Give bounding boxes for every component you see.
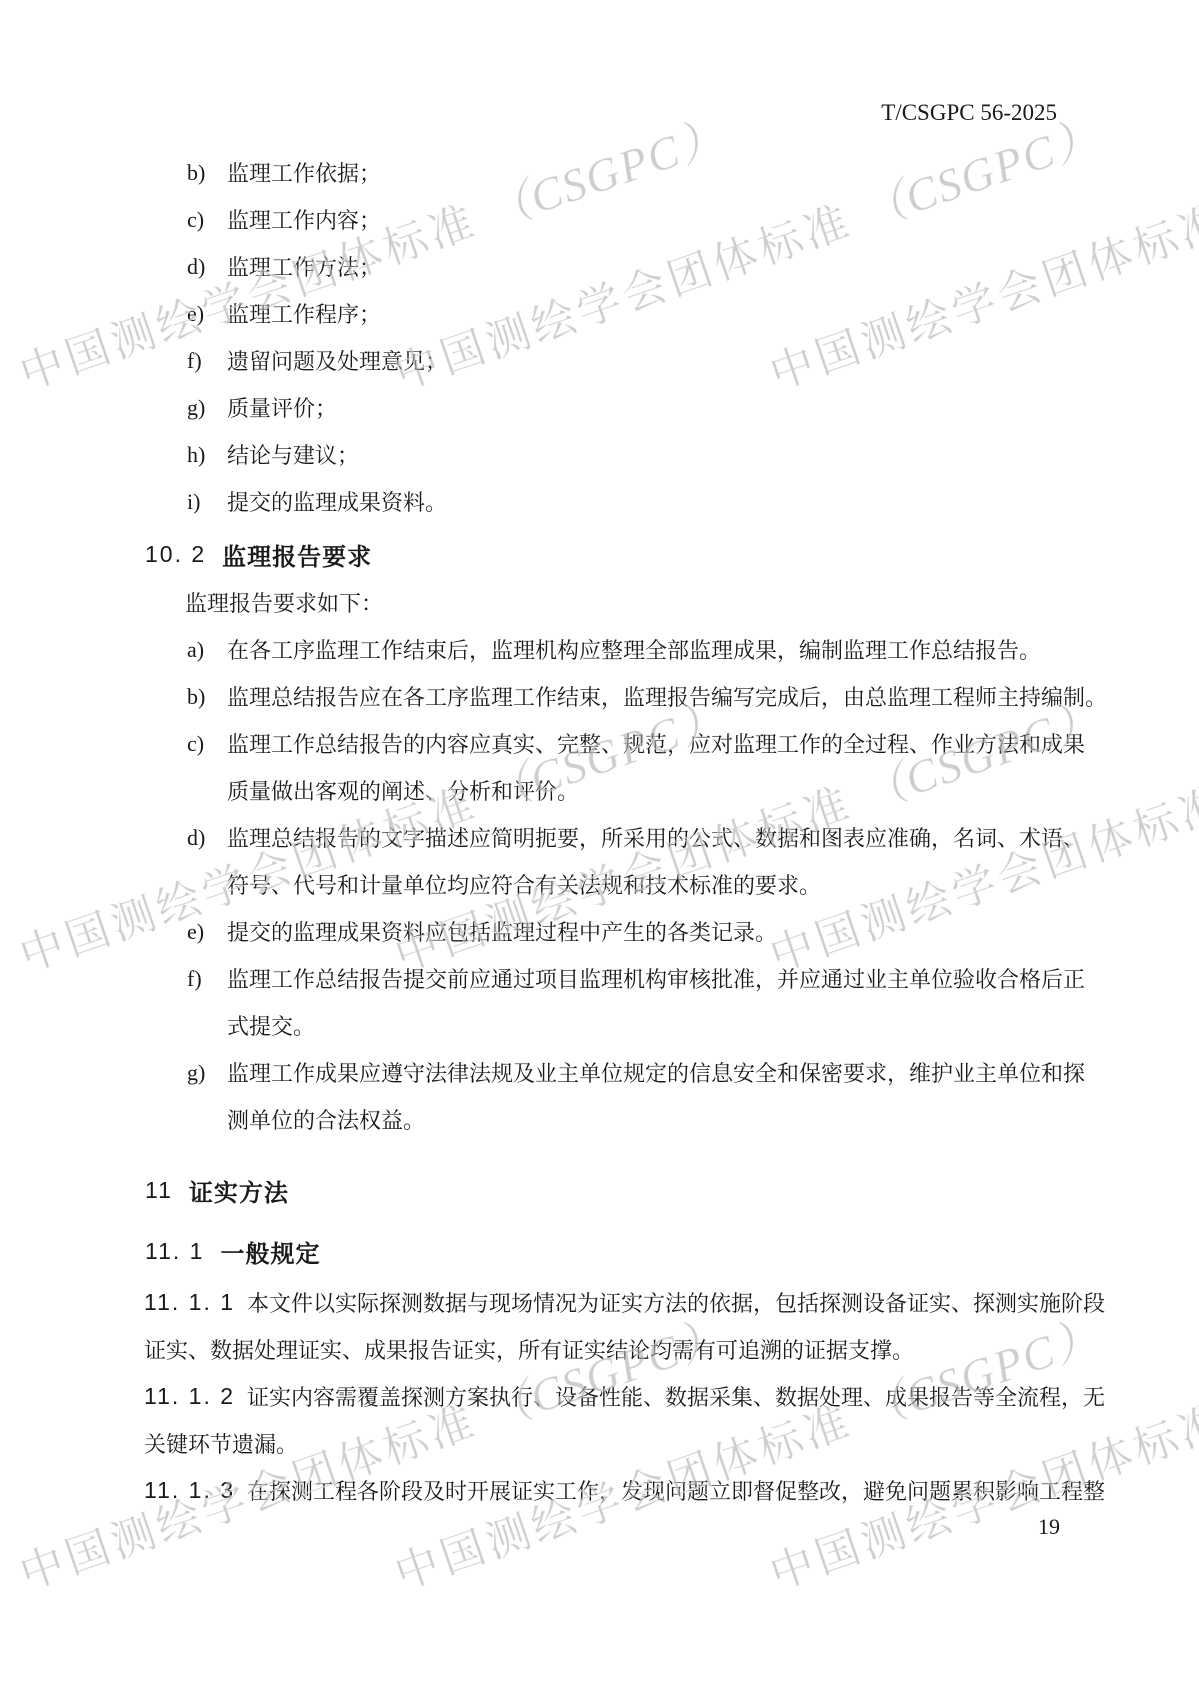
list-item: a)在各工序监理工作结束后，监理机构应整理全部监理成果，编制监理工作总结报告。 <box>144 626 1174 673</box>
paragraph-continuation: 证实、数据处理证实、成果报告证实，所有证实结论均需有可追溯的证据支撑。 <box>144 1326 1174 1373</box>
section-number: 11 <box>145 1177 173 1204</box>
list-item-continuation: 测单位的合法权益。 <box>144 1096 1174 1143</box>
list-item-text: 监理工作依据； <box>227 157 381 188</box>
section-heading-11: 11 证实方法 <box>145 1167 289 1214</box>
paragraphs-block: 11. 1. 1本文件以实际探测数据与现场情况为证实方法的依据，包括探测设备证实… <box>144 1279 1174 1514</box>
paragraph-text: 本文件以实际探测数据与现场情况为证实方法的依据，包括探测设备证实、探测实施阶段 <box>247 1287 1105 1318</box>
list-item: f)遗留问题及处理意见； <box>144 337 1174 384</box>
intro-text: 监理报告要求如下： <box>144 587 383 618</box>
list-item: d)监理工作方法； <box>144 243 1174 290</box>
section-number: 10. 2 <box>145 541 206 568</box>
list-item-continuation: 式提交。 <box>144 1002 1174 1049</box>
list-item: e)监理工作程序； <box>144 290 1174 337</box>
section-title: 证实方法 <box>189 1173 289 1208</box>
page-number: 19 <box>1038 1514 1060 1540</box>
header-doc-code: T/CSGPC 56-2025 <box>881 100 1057 126</box>
list-item-continuation: 质量做出客观的阐述、分析和评价。 <box>144 767 1174 814</box>
list-item-continuation: 符号、代号和计量单位均应符合有关法规和技术标准的要求。 <box>144 861 1174 908</box>
paragraph-number: 11. 1. 1 <box>144 1289 235 1316</box>
list-item: b)监理工作依据； <box>144 149 1174 196</box>
list-requirements: a)在各工序监理工作结束后，监理机构应整理全部监理成果，编制监理工作总结报告。 … <box>144 626 1174 1143</box>
document-page: 中国测绘学会团体标准（CSGPC） 中国测绘学会团体标准（CSGPC） 中国测绘… <box>0 0 1199 1696</box>
section-number: 11. 1 <box>145 1238 204 1265</box>
list-item: e)提交的监理成果资料应包括监理过程中产生的各类记录。 <box>144 908 1174 955</box>
list-item-label: a) <box>187 637 227 663</box>
paragraph: 11. 1. 2证实内容需覆盖探测方案执行、设备性能、数据采集、数据处理、成果报… <box>144 1373 1174 1420</box>
list-item: c)监理工作总结报告的内容应真实、完整、规范，应对监理工作的全过程、作业方法和成… <box>144 720 1174 767</box>
list-item: b)监理总结报告应在各工序监理工作结束，监理报告编写完成后，由总监理工程师主持编… <box>144 673 1174 720</box>
list-item: c)监理工作内容； <box>144 196 1174 243</box>
section-heading-10-2: 10. 2 监理报告要求 <box>145 531 372 578</box>
list-item-label: b) <box>187 160 227 186</box>
list-top: b)监理工作依据； c)监理工作内容； d)监理工作方法； e)监理工作程序； … <box>144 149 1174 525</box>
list-item-text: 在各工序监理工作结束后，监理机构应整理全部监理成果，编制监理工作总结报告。 <box>227 634 1041 665</box>
list-item: i)提交的监理成果资料。 <box>144 478 1174 525</box>
list-item: g)质量评价； <box>144 384 1174 431</box>
intro-block: 监理报告要求如下： <box>144 579 1174 626</box>
section-title: 监理报告要求 <box>222 537 372 572</box>
section-title: 一般规定 <box>220 1234 320 1269</box>
list-item: g)监理工作成果应遵守法律法规及业主单位规定的信息安全和保密要求，维护业主单位和… <box>144 1049 1174 1096</box>
paragraph: 11. 1. 1本文件以实际探测数据与现场情况为证实方法的依据，包括探测设备证实… <box>144 1279 1174 1326</box>
list-item: d)监理总结报告的文字描述应简明扼要，所采用的公式、数据和图表应准确，名词、术语… <box>144 814 1174 861</box>
list-item: h)结论与建议； <box>144 431 1174 478</box>
section-heading-11-1: 11. 1 一般规定 <box>145 1228 320 1275</box>
list-item: f)监理工作总结报告提交前应通过项目监理机构审核批准，并应通过业主单位验收合格后… <box>144 955 1174 1002</box>
paragraph-continuation: 关键环节遗漏。 <box>144 1420 1174 1467</box>
paragraph: 11. 1. 3在探测工程各阶段及时开展证实工作，发现问题立即督促整改，避免问题… <box>144 1467 1174 1514</box>
